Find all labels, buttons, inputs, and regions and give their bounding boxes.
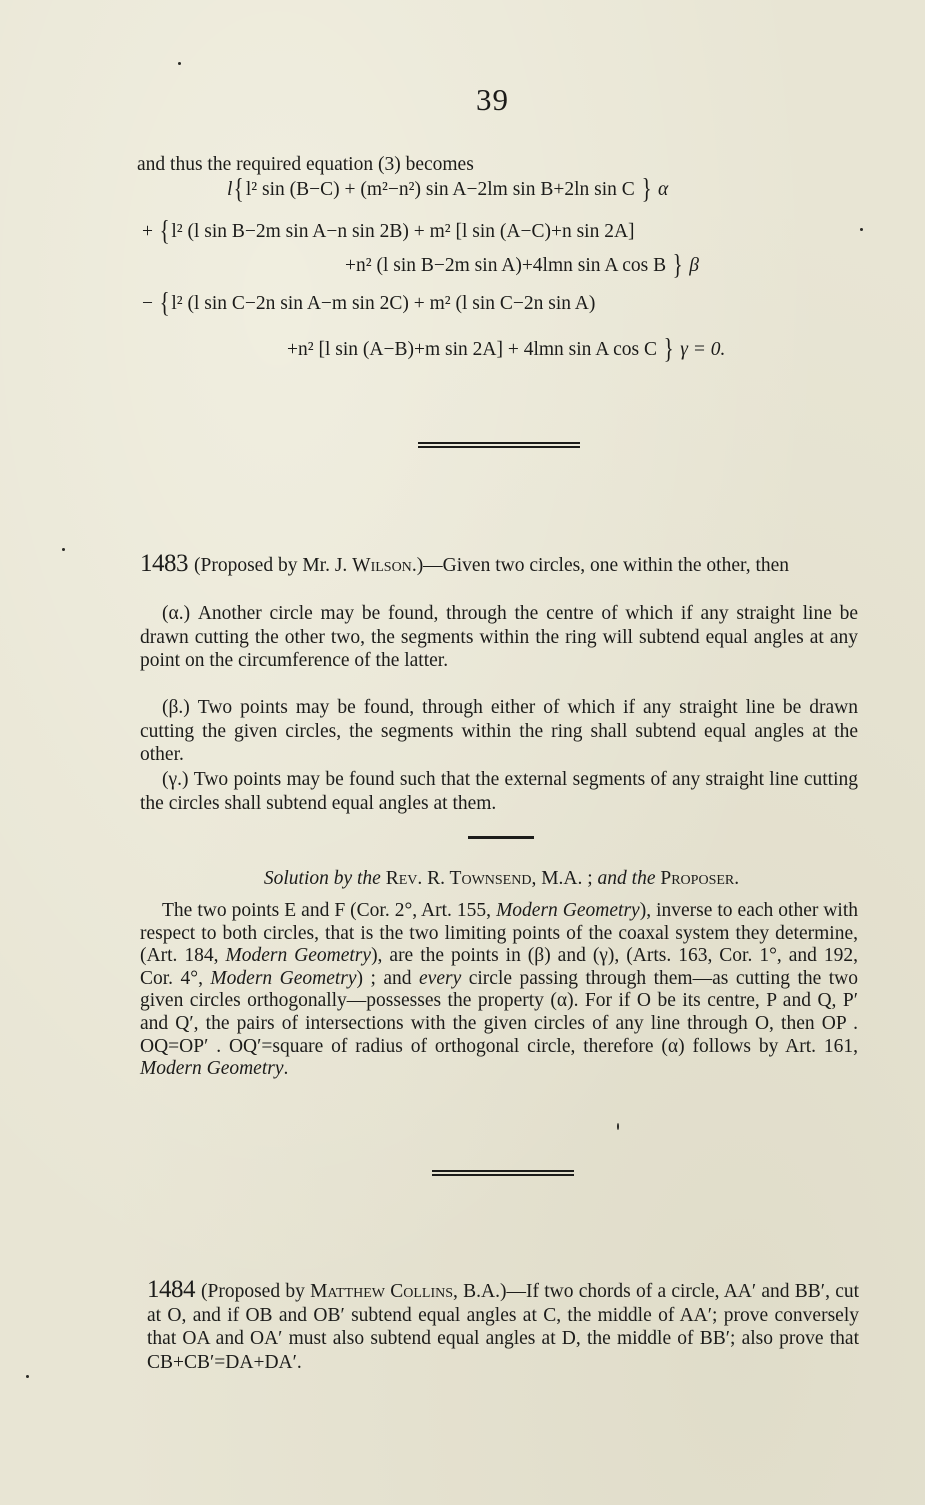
solution-heading: Solution by the Rev. R. Townsend, M.A. ;… xyxy=(0,867,925,891)
proposer-label: Proposer. xyxy=(660,868,739,889)
problem-number: 1483 xyxy=(140,550,188,577)
solution-citation: Modern Geometry xyxy=(496,900,640,921)
equation-line-1: l{l² sin (B−C) + (m²−n²) sin A−2lm sin B… xyxy=(227,178,668,202)
problem-1483-part-beta: (β.) Two points may be found, through ei… xyxy=(140,696,858,767)
paper-speck xyxy=(62,548,65,551)
solution-emphasis: every xyxy=(419,968,461,989)
solver-degree: , M.A. ; xyxy=(531,868,592,889)
eq-tail: α xyxy=(658,179,668,200)
solution-citation: Modern Geometry xyxy=(225,945,371,966)
solver-name: Rev. R. Townsend xyxy=(386,868,532,889)
heading-italic: and the xyxy=(598,868,656,889)
single-rule-separator xyxy=(468,836,534,839)
paper-speck xyxy=(617,1123,619,1130)
solution-citation: Modern Geometry xyxy=(140,1058,284,1079)
solution-body: The two points E and F (Cor. 2°, Art. 15… xyxy=(140,900,858,1081)
problem-number: 1484 xyxy=(147,1276,195,1303)
solution-text: . xyxy=(284,1058,289,1079)
part-text: Two points may be found such that the ex… xyxy=(140,769,858,814)
paper-speck xyxy=(860,228,863,231)
eq-lead: − xyxy=(142,293,153,314)
solution-text: The two points E and F (Cor. 2°, Art. 15… xyxy=(162,900,496,921)
eq-lead: + xyxy=(142,221,153,242)
proposer-name: Matthew Collins xyxy=(310,1281,453,1302)
equation-line-2: + {l² (l sin B−2m sin A−n sin 2B) + m² [… xyxy=(142,220,635,244)
double-rule-separator xyxy=(418,442,580,448)
proposer-prefix: (Proposed by xyxy=(201,1281,310,1302)
eq-body: l² sin (B−C) + (m²−n²) sin A−2lm sin B+2… xyxy=(246,179,635,200)
paper-speck xyxy=(26,1375,29,1378)
book-page: 39 and thus the required equation (3) be… xyxy=(0,0,925,1505)
proposer-name: Wilson xyxy=(352,555,412,576)
eq-body: l² (l sin B−2m sin A−n sin 2B) + m² [l s… xyxy=(171,221,634,242)
part-label: (α.) xyxy=(162,603,190,624)
equation-intro: and thus the required equation (3) becom… xyxy=(137,153,474,177)
paper-speck xyxy=(178,62,181,65)
problem-1483-part-alpha: (α.) Another circle may be found, throug… xyxy=(140,602,858,673)
problem-intro: .)—Given two circles, one within the oth… xyxy=(412,555,789,576)
part-text: Two points may be found, through either … xyxy=(140,697,858,765)
problem-1484-statement: 1484(Proposed by Matthew Collins, B.A.)—… xyxy=(147,1278,859,1374)
eq-body: +n² [l sin (A−B)+m sin 2A] + 4lmn sin A … xyxy=(287,339,657,360)
problem-1483-statement: 1483(Proposed by Mr. J. Wilson.)—Given t… xyxy=(140,552,858,578)
eq-body: +n² (l sin B−2m sin A)+4lmn sin A cos B xyxy=(345,255,666,276)
part-text: Another circle may be found, through the… xyxy=(140,603,858,671)
solution-text: ) ; and xyxy=(357,968,420,989)
eq-lead: l xyxy=(227,179,232,200)
double-rule-separator xyxy=(432,1170,574,1176)
problem-1483-part-gamma: (γ.) Two points may be found such that t… xyxy=(140,768,858,815)
solution-citation: Modern Geometry xyxy=(210,968,356,989)
part-label: (γ.) xyxy=(162,769,188,790)
part-label: (β.) xyxy=(162,697,190,718)
equation-line-3: +n² (l sin B−2m sin A)+4lmn sin A cos B … xyxy=(345,254,699,278)
equation-line-5: +n² [l sin (A−B)+m sin 2A] + 4lmn sin A … xyxy=(287,338,725,362)
heading-italic: Solution by the xyxy=(264,868,381,889)
equation-line-4: − {l² (l sin C−2n sin A−m sin 2C) + m² (… xyxy=(142,292,595,316)
eq-tail: γ = 0. xyxy=(680,339,725,360)
eq-tail: β xyxy=(689,255,699,276)
eq-body: l² (l sin C−2n sin A−m sin 2C) + m² (l s… xyxy=(171,293,595,314)
proposer-prefix: (Proposed by Mr. J. xyxy=(194,555,352,576)
page-number: 39 xyxy=(0,82,925,118)
